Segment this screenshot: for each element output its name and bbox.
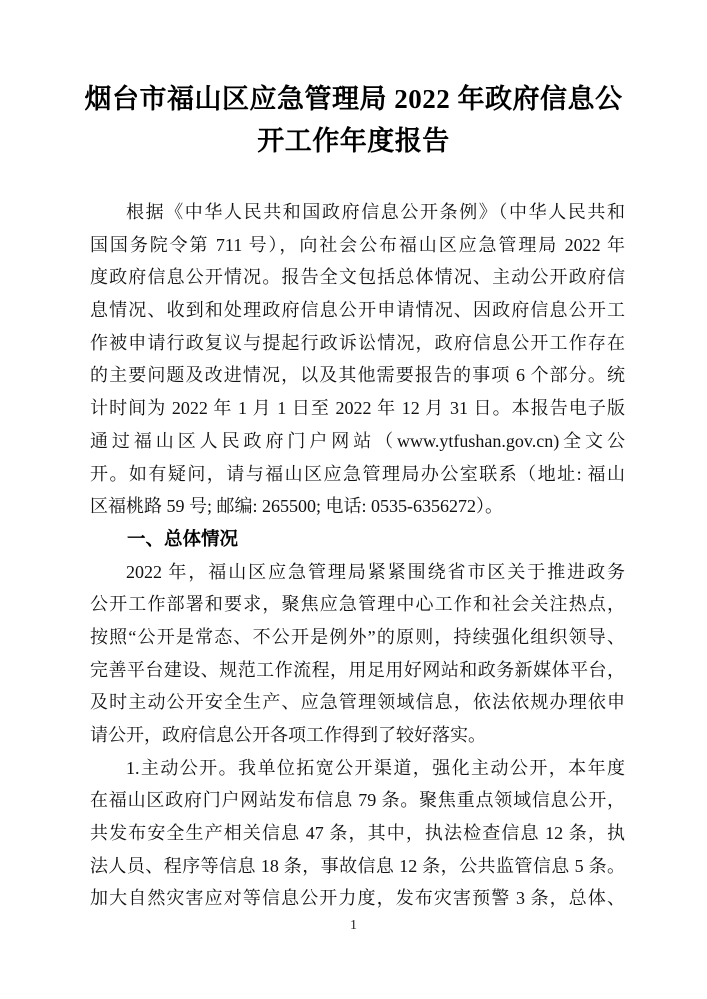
- text-line: 区福桃路 59 号; 邮编: 265500; 电话: 0535-6356272）…: [90, 490, 625, 523]
- text-line: 共发布安全生产相关信息 47 条，其中，执法检查信息 12 条，执: [90, 817, 625, 850]
- text-line: 开。如有疑问，请与福山区应急管理局办公室联系（地址: 福山: [90, 458, 625, 491]
- paragraph: 1.主动公开。我单位拓宽公开渠道，强化主动公开，本年度在福山区政府门户网站发布信…: [90, 752, 625, 915]
- text-line: 国国务院令第 711 号），向社会公布福山区应急管理局 2022 年: [90, 229, 625, 262]
- heading-line: 一、总体情况: [90, 523, 625, 556]
- paragraph: 根据《中华人民共和国政府信息公开条例》（中华人民共和国国务院令第 711 号），…: [90, 196, 625, 523]
- text-line: 2022 年，福山区应急管理局紧紧围绕省市区关于推进政务: [90, 556, 625, 589]
- text-line: 息情况、收到和处理政府信息公开申请情况、因政府信息公开工: [90, 294, 625, 327]
- text-line: 完善平台建设、规范工作流程，用足用好网站和政务新媒体平台，: [90, 654, 625, 687]
- text-line: 通过福山区人民政府门户网站（www.ytfushan.gov.cn)全文公: [90, 425, 625, 458]
- text-line: 计时间为 2022 年 1 月 1 日至 2022 年 12 月 31 日。本报…: [90, 392, 625, 425]
- text-line: 请公开，政府信息公开各项工作得到了较好落实。: [90, 719, 625, 752]
- text-line: 在福山区政府门户网站发布信息 79 条。聚焦重点领域信息公开，: [90, 784, 625, 817]
- text-line: 法人员、程序等信息 18 条，事故信息 12 条，公共监管信息 5 条。: [90, 850, 625, 883]
- text-line: 作被申请行政复议与提起行政诉讼情况，政府信息公开工作存在: [90, 327, 625, 360]
- document-body: 根据《中华人民共和国政府信息公开条例》（中华人民共和国国务院令第 711 号），…: [90, 196, 625, 915]
- page-footer: 1: [0, 918, 707, 934]
- page-number: 1: [350, 918, 357, 933]
- text-line: 根据《中华人民共和国政府信息公开条例》（中华人民共和: [90, 196, 625, 229]
- document-title: 烟台市福山区应急管理局 2022 年政府信息公 开工作年度报告: [40, 78, 667, 162]
- text-line: 加大自然灾害应对等信息公开力度，发布灾害预警 3 条，总体、: [90, 882, 625, 915]
- text-line: 按照“公开是常态、不公开是例外”的原则，持续强化组织领导、: [90, 621, 625, 654]
- section-heading: 一、总体情况: [90, 523, 625, 556]
- paragraph: 2022 年，福山区应急管理局紧紧围绕省市区关于推进政务公开工作部署和要求，聚焦…: [90, 556, 625, 752]
- text-line: 1.主动公开。我单位拓宽公开渠道，强化主动公开，本年度: [90, 752, 625, 785]
- text-line: 公开工作部署和要求，聚焦应急管理中心工作和社会关注热点，: [90, 588, 625, 621]
- document-page: 烟台市福山区应急管理局 2022 年政府信息公 开工作年度报告 根据《中华人民共…: [0, 0, 707, 999]
- document-title-line-1: 烟台市福山区应急管理局 2022 年政府信息公: [40, 78, 667, 120]
- document-title-line-2: 开工作年度报告: [40, 120, 667, 162]
- text-line: 度政府信息公开情况。报告全文包括总体情况、主动公开政府信: [90, 261, 625, 294]
- text-line: 及时主动公开安全生产、应急管理领域信息，依法依规办理依申: [90, 686, 625, 719]
- text-line: 的主要问题及改进情况，以及其他需要报告的事项 6 个部分。统: [90, 359, 625, 392]
